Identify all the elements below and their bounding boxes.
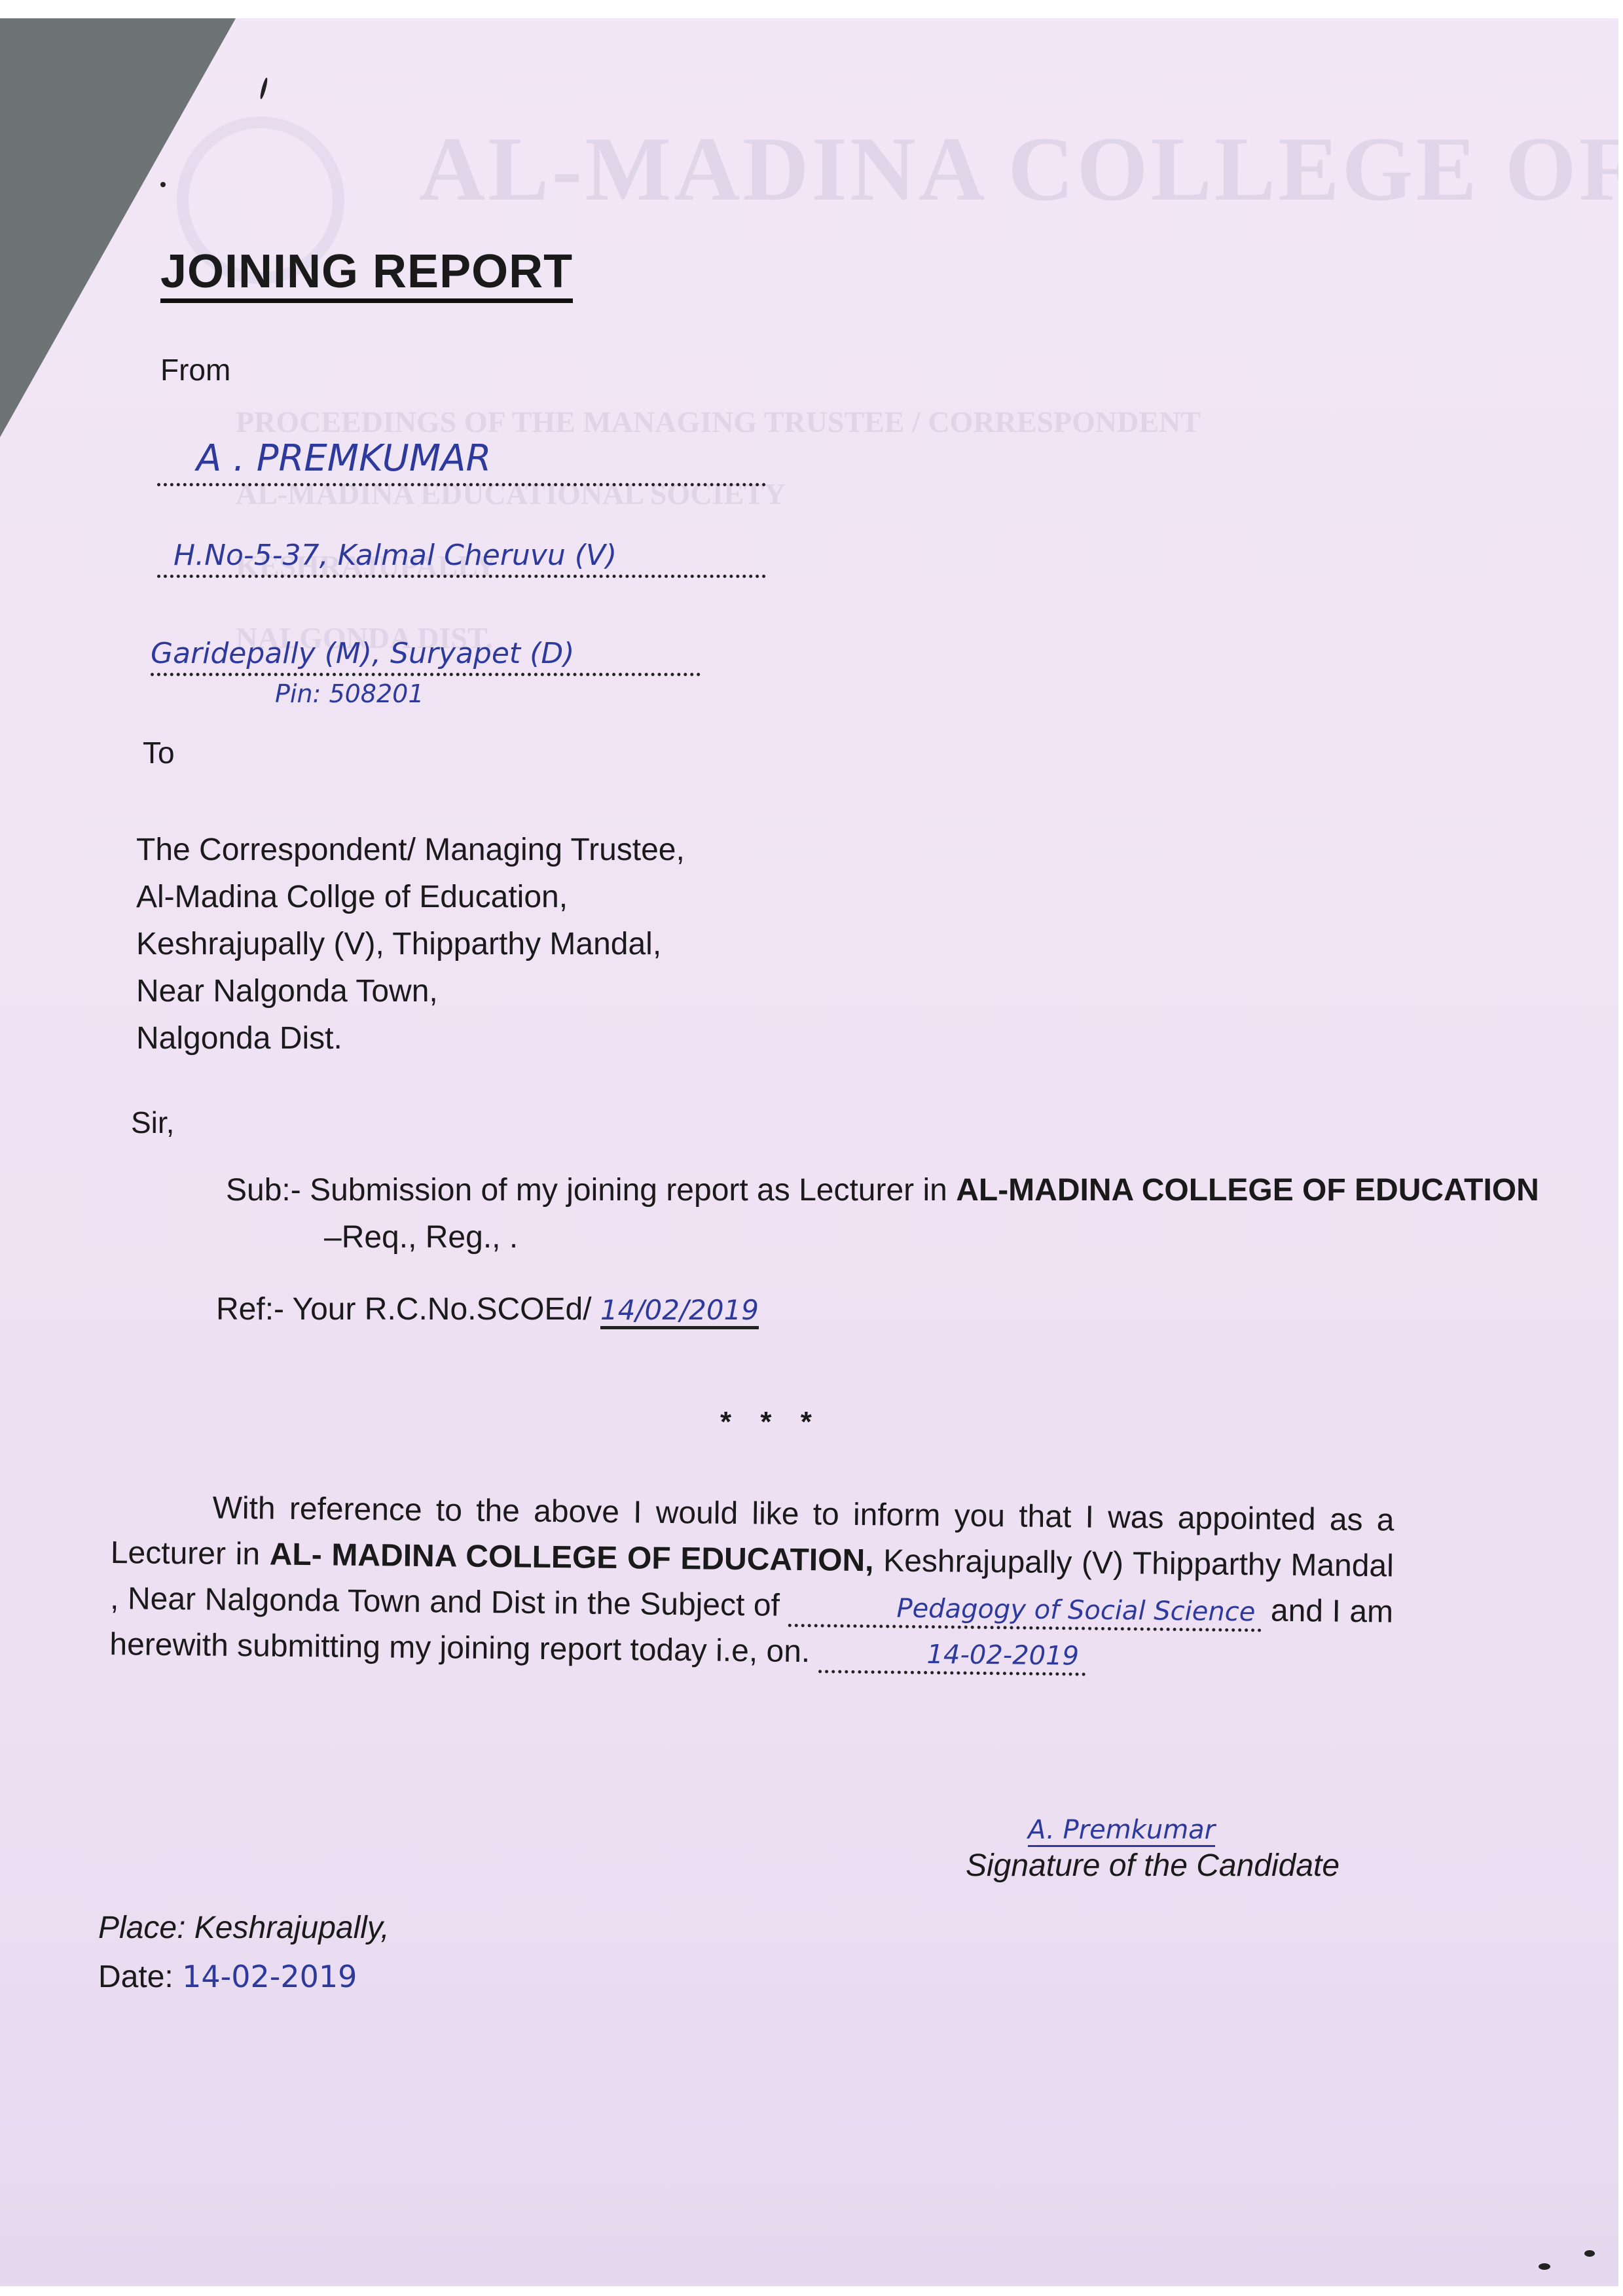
recipient-line: Keshrajupally (V), Thipparthy Mandal,: [136, 921, 685, 968]
separator-stars: * * *: [720, 1406, 822, 1439]
sender-address-2: Garidepally (M), Suryapet (D): [151, 637, 574, 670]
faded-bleed-line: AL-MADINA EDUCATIONAL SOCIETY: [236, 476, 786, 511]
salutation: Sir,: [131, 1105, 174, 1140]
signature-label: Signature of the Candidate: [966, 1848, 1340, 1884]
recipient-line: Nalgonda Dist.: [136, 1015, 685, 1062]
subject-text: Submission of my joining report as Lectu…: [310, 1173, 947, 1208]
recipient-line: Al-Madina Collge of Education,: [136, 874, 685, 921]
reference-line: Ref:- Your R.C.No.SCOEd/ 14/02/2019: [216, 1291, 759, 1327]
subject-prefix: Sub:-: [226, 1173, 301, 1208]
address-line-1: [157, 575, 766, 578]
body-paragraph: With reference to the above I would like…: [109, 1484, 1395, 1681]
recipient-line: The Correspondent/ Managing Trustee,: [136, 827, 685, 874]
joining-date-fill-field: 14-02-2019: [818, 1637, 1085, 1676]
date-label: Date:: [98, 1960, 173, 1994]
date-value: 14-02-2019: [182, 1959, 357, 1994]
subject-suffix: –Req., Reg., .: [324, 1220, 518, 1255]
faded-letterhead-title: AL-MADINA COLLEGE OF EDUCATION: [419, 117, 1618, 222]
address-line-2: [151, 673, 701, 676]
candidate-signature: A. Premkumar: [1028, 1815, 1215, 1847]
subject-college: AL-MADINA COLLEGE OF EDUCATION: [956, 1173, 1539, 1208]
reference-text: Your R.C.No.SCOEd/: [292, 1292, 591, 1327]
date-line: Date: 14-02-2019: [98, 1959, 357, 1995]
faded-bleed-line: PROCEEDINGS OF THE MANAGING TRUSTEE / CO…: [236, 404, 1201, 439]
from-label: From: [160, 352, 230, 387]
scan-speck: [160, 182, 166, 187]
name-line: [157, 483, 766, 486]
scan-speck: [1584, 2250, 1595, 2257]
sender-pin: Pin: 508201: [275, 679, 424, 708]
scan-speck: [1539, 2263, 1550, 2270]
body-college: AL- MADINA COLLEGE OF EDUCATION,: [269, 1537, 873, 1579]
scanned-page: AL-MADINA COLLEGE OF EDUCATION PROCEEDIN…: [0, 18, 1618, 2286]
reference-date: 14/02/2019: [600, 1294, 759, 1329]
recipient-address: The Correspondent/ Managing Trustee, Al-…: [136, 827, 685, 1062]
subject-fill-field: Pedagogy of Social Science: [788, 1591, 1262, 1632]
recipient-line: Near Nalgonda Town,: [136, 968, 685, 1015]
document-title: JOINING REPORT: [160, 247, 573, 303]
reference-prefix: Ref:-: [216, 1292, 284, 1327]
subject-block: Sub:- Submission of my joining report as…: [226, 1167, 1539, 1261]
sender-name: A . PREMKUMAR: [196, 437, 491, 480]
sender-address-1: H.No-5-37, Kalmal Cheruvu (V): [173, 539, 617, 572]
scan-speck: [259, 77, 269, 99]
to-label: To: [143, 735, 175, 770]
place-line: Place: Keshrajupally,: [98, 1910, 390, 1946]
